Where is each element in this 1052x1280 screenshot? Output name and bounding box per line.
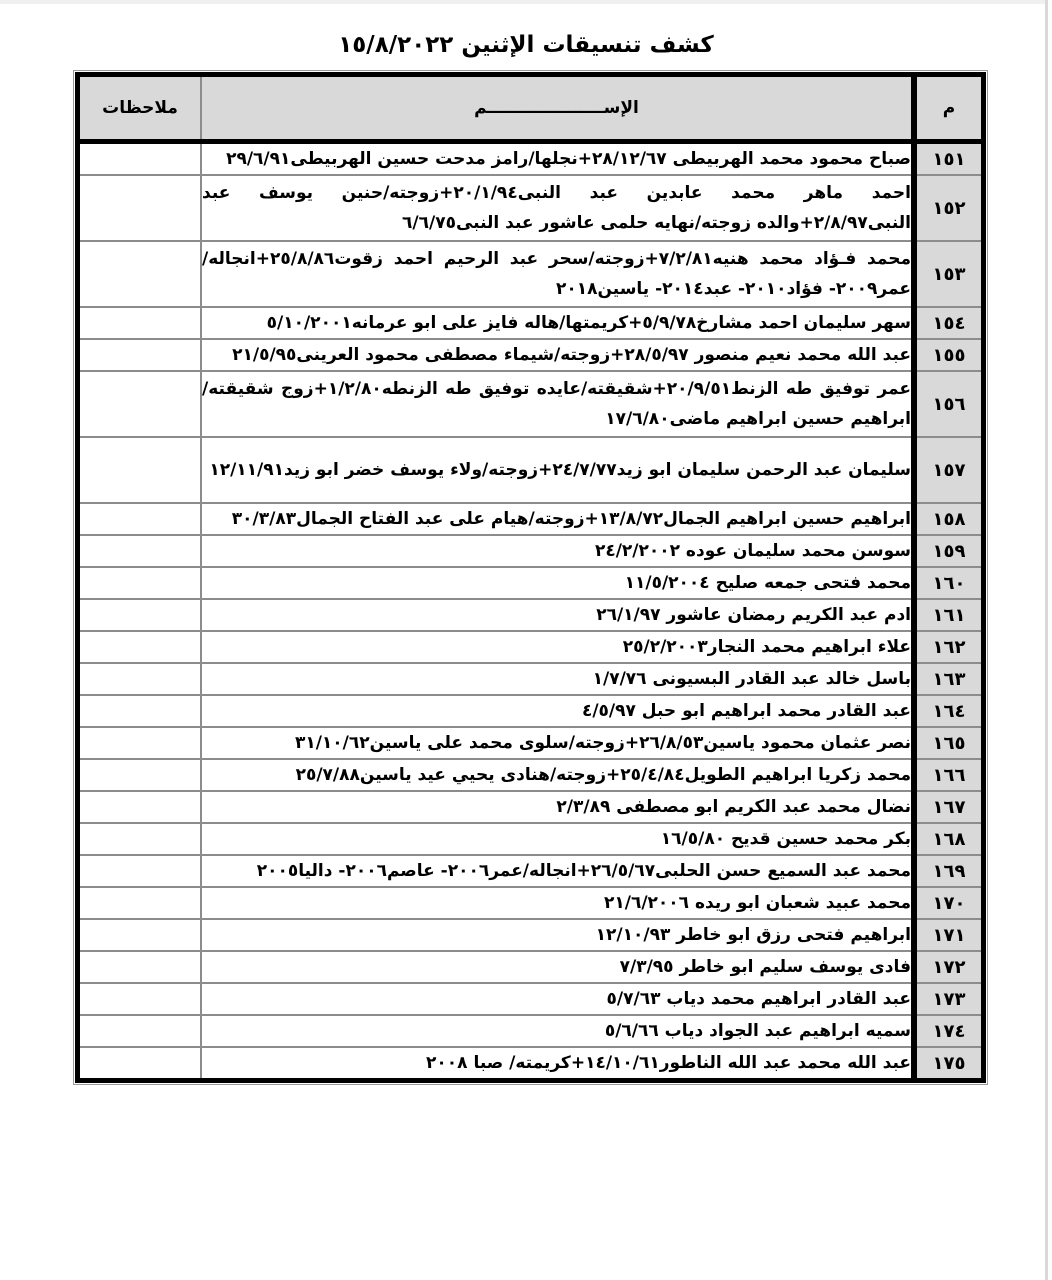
row-notes <box>78 371 202 437</box>
row-name: محمد عبيد شعبان ابو ريده ٢١/٦/٢٠٠٦ <box>201 887 914 919</box>
table-row: ١٦٩محمد عبد السميع حسن الحلبى٢٦/٥/٦٧+انج… <box>78 855 984 887</box>
row-notes <box>78 503 202 535</box>
row-name: محمد فتحى جمعه صليح ١١/٥/٢٠٠٤ <box>201 567 914 599</box>
table-row: ١٦٥نصر عثمان محمود ياسين٢٦/٨/٥٣+زوجته/سل… <box>78 727 984 759</box>
table-row: ١٥٩سوسن محمد سليمان عوده ٢٤/٢/٢٠٠٢ <box>78 535 984 567</box>
row-number: ١٦٦ <box>914 759 984 791</box>
table-body: ١٥١صباح محمود محمد الهربيطى ٢٨/١٢/٦٧+نجل… <box>78 142 984 1081</box>
row-notes <box>78 759 202 791</box>
row-number: ١٥٥ <box>914 339 984 371</box>
row-number: ١٧١ <box>914 919 984 951</box>
row-name: محمد عبد السميع حسن الحلبى٢٦/٥/٦٧+انجاله… <box>201 855 914 887</box>
row-name: ابراهيم حسين ابراهيم الجمال١٣/٨/٧٢+زوجته… <box>201 503 914 535</box>
row-number: ١٦٩ <box>914 855 984 887</box>
row-notes <box>78 1047 202 1081</box>
table-row: ١٦٧نضال محمد عبد الكريم ابو مصطفى ٢/٣/٨٩ <box>78 791 984 823</box>
row-number: ١٧٠ <box>914 887 984 919</box>
table-row: ١٧٤سميه ابراهيم عبد الجواد دياب ٥/٦/٦٦ <box>78 1015 984 1047</box>
table-row: ١٥١صباح محمود محمد الهربيطى ٢٨/١٢/٦٧+نجل… <box>78 142 984 176</box>
row-number: ١٧٣ <box>914 983 984 1015</box>
row-number: ١٧٥ <box>914 1047 984 1081</box>
row-notes <box>78 339 202 371</box>
row-number: ١٥٣ <box>914 241 984 307</box>
row-name: علاء ابراهيم محمد النجار٢٥/٢/٢٠٠٣ <box>201 631 914 663</box>
row-notes <box>78 307 202 339</box>
table-row: ١٥٤سهر سليمان احمد مشارخ٥/٩/٧٨+كريمتها/ه… <box>78 307 984 339</box>
table-row: ١٦٠محمد فتحى جمعه صليح ١١/٥/٢٠٠٤ <box>78 567 984 599</box>
table-row: ١٦٣باسل خالد عبد القادر البسيونى ١/٧/٧٦ <box>78 663 984 695</box>
table-row: ١٧٠محمد عبيد شعبان ابو ريده ٢١/٦/٢٠٠٦ <box>78 887 984 919</box>
row-name: احمد ماهر محمد عابدين عبد النبى٢٠/١/٩٤+ز… <box>201 175 914 241</box>
row-number: ١٥٧ <box>914 437 984 503</box>
row-number: ١٥٢ <box>914 175 984 241</box>
row-notes <box>78 567 202 599</box>
page-top-edge <box>0 0 1046 4</box>
table-row: ١٥٥عبد الله محمد نعيم منصور ٢٨/٥/٩٧+زوجت… <box>78 339 984 371</box>
row-notes <box>78 855 202 887</box>
table-row: ١٥٣محمد فـؤاد محمد هنيه٧/٢/٨١+زوجته/سحر … <box>78 241 984 307</box>
row-name: سوسن محمد سليمان عوده ٢٤/٢/٢٠٠٢ <box>201 535 914 567</box>
table-row: ١٧٣عبد القادر ابراهيم محمد دياب ٥/٧/٦٣ <box>78 983 984 1015</box>
row-name: محمد زكريا ابراهيم الطويل٢٥/٤/٨٤+زوجته/ه… <box>201 759 914 791</box>
row-notes <box>78 983 202 1015</box>
row-name: عبد الله محمد نعيم منصور ٢٨/٥/٩٧+زوجته/ش… <box>201 339 914 371</box>
row-number: ١٥٨ <box>914 503 984 535</box>
row-name: سليمان عبد الرحمن سليمان ابو زيد٢٤/٧/٧٧+… <box>201 437 914 503</box>
row-name: عبد الله محمد عبد الله الناطور١٤/١٠/٦١+ك… <box>201 1047 914 1081</box>
row-notes <box>78 535 202 567</box>
row-number: ١٦٢ <box>914 631 984 663</box>
row-notes <box>78 437 202 503</box>
row-number: ١٦٤ <box>914 695 984 727</box>
table-row: ١٧٥عبد الله محمد عبد الله الناطور١٤/١٠/٦… <box>78 1047 984 1081</box>
table-row: ١٥٦عمر توفيق طه الزنط٢٠/٩/٥١+شقيقته/عايد… <box>78 371 984 437</box>
row-number: ١٧٢ <box>914 951 984 983</box>
row-name: سهر سليمان احمد مشارخ٥/٩/٧٨+كريمتها/هاله… <box>201 307 914 339</box>
table-header-row: م الإســــــــــــــــــــم ملاحظات <box>78 75 984 142</box>
table-row: ١٦١ادم عبد الكريم رمضان عاشور ٢٦/١/٩٧ <box>78 599 984 631</box>
row-notes <box>78 919 202 951</box>
table-row: ١٥٧سليمان عبد الرحمن سليمان ابو زيد٢٤/٧/… <box>78 437 984 503</box>
row-name: عبد القادر محمد ابراهيم ابو حبل ٤/٥/٩٧ <box>201 695 914 727</box>
table-row: ١٦٢علاء ابراهيم محمد النجار٢٥/٢/٢٠٠٣ <box>78 631 984 663</box>
table-row: ١٥٢احمد ماهر محمد عابدين عبد النبى٢٠/١/٩… <box>78 175 984 241</box>
table-row: ١٧١ابراهيم فتحى رزق ابو خاطر ١٢/١٠/٩٣ <box>78 919 984 951</box>
row-number: ١٦٠ <box>914 567 984 599</box>
row-name: ابراهيم فتحى رزق ابو خاطر ١٢/١٠/٩٣ <box>201 919 914 951</box>
row-notes <box>78 1015 202 1047</box>
header-name: الإســــــــــــــــــــم <box>201 75 914 142</box>
row-notes <box>78 951 202 983</box>
table-row: ١٧٢فادى يوسف سليم ابو خاطر ٧/٣/٩٥ <box>78 951 984 983</box>
row-name: باسل خالد عبد القادر البسيونى ١/٧/٧٦ <box>201 663 914 695</box>
row-notes <box>78 823 202 855</box>
table-row: ١٥٨ابراهيم حسين ابراهيم الجمال١٣/٨/٧٢+زو… <box>78 503 984 535</box>
row-notes <box>78 791 202 823</box>
table-row: ١٦٤عبد القادر محمد ابراهيم ابو حبل ٤/٥/٩… <box>78 695 984 727</box>
row-notes <box>78 599 202 631</box>
row-number: ١٦٥ <box>914 727 984 759</box>
row-notes <box>78 142 202 176</box>
row-number: ١٦١ <box>914 599 984 631</box>
row-notes <box>78 175 202 241</box>
row-name: صباح محمود محمد الهربيطى ٢٨/١٢/٦٧+نجلها/… <box>201 142 914 176</box>
table-row: ١٦٨بكر محمد حسين قديح ١٦/٥/٨٠ <box>78 823 984 855</box>
coordination-table: م الإســــــــــــــــــــم ملاحظات ١٥١ص… <box>75 72 986 1083</box>
row-number: ١٦٧ <box>914 791 984 823</box>
header-notes: ملاحظات <box>78 75 202 142</box>
row-number: ١٦٣ <box>914 663 984 695</box>
row-number: ١٥٤ <box>914 307 984 339</box>
row-notes <box>78 695 202 727</box>
row-number: ١٦٨ <box>914 823 984 855</box>
header-number: م <box>914 75 984 142</box>
row-notes <box>78 663 202 695</box>
document-title: كشف تنسيقات الإثنين ١٥/٨/٢٠٢٢ <box>0 32 1052 58</box>
row-name: سميه ابراهيم عبد الجواد دياب ٥/٦/٦٦ <box>201 1015 914 1047</box>
row-name: نضال محمد عبد الكريم ابو مصطفى ٢/٣/٨٩ <box>201 791 914 823</box>
row-number: ١٥٩ <box>914 535 984 567</box>
row-name: نصر عثمان محمود ياسين٢٦/٨/٥٣+زوجته/سلوى … <box>201 727 914 759</box>
row-notes <box>78 887 202 919</box>
row-name: عبد القادر ابراهيم محمد دياب ٥/٧/٦٣ <box>201 983 914 1015</box>
row-name: محمد فـؤاد محمد هنيه٧/٢/٨١+زوجته/سحر عبد… <box>201 241 914 307</box>
page-right-edge <box>1045 0 1048 1280</box>
table-row: ١٦٦محمد زكريا ابراهيم الطويل٢٥/٤/٨٤+زوجت… <box>78 759 984 791</box>
row-name: عمر توفيق طه الزنط٢٠/٩/٥١+شقيقته/عايده ت… <box>201 371 914 437</box>
row-number: ١٥٦ <box>914 371 984 437</box>
row-number: ١٥١ <box>914 142 984 176</box>
row-notes <box>78 727 202 759</box>
row-name: فادى يوسف سليم ابو خاطر ٧/٣/٩٥ <box>201 951 914 983</box>
row-notes <box>78 241 202 307</box>
row-name: بكر محمد حسين قديح ١٦/٥/٨٠ <box>201 823 914 855</box>
row-name: ادم عبد الكريم رمضان عاشور ٢٦/١/٩٧ <box>201 599 914 631</box>
row-notes <box>78 631 202 663</box>
row-number: ١٧٤ <box>914 1015 984 1047</box>
